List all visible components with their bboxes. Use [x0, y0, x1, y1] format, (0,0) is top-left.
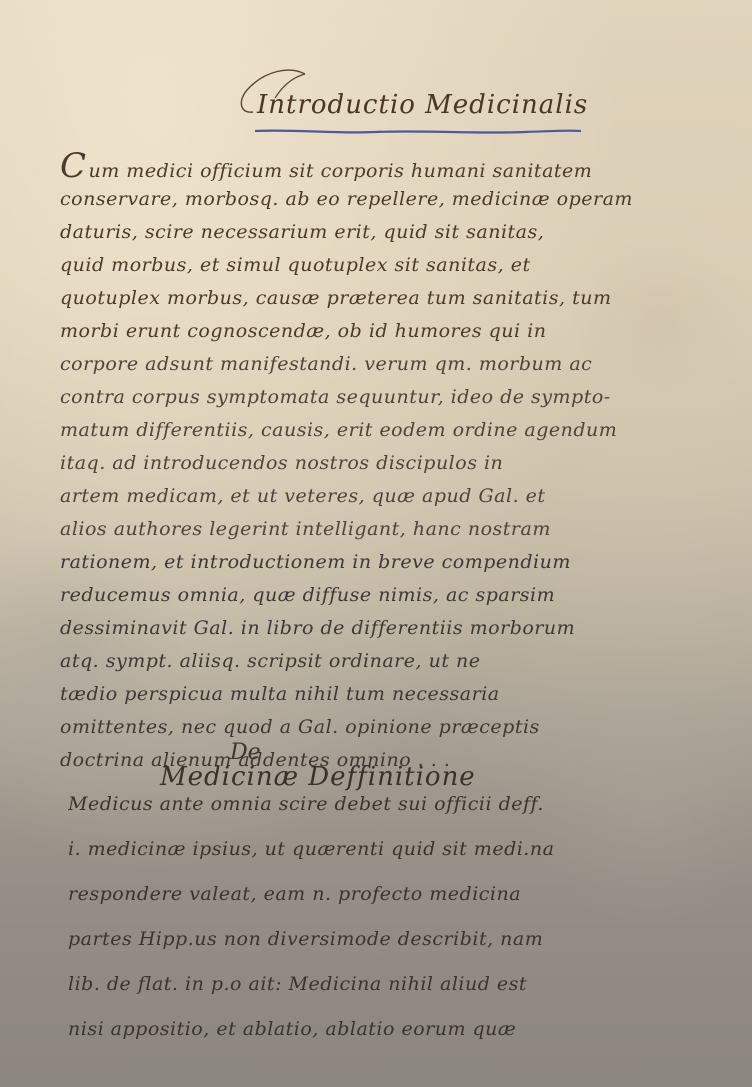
- text-line: alios authores legerint intelligant, han…: [60, 513, 700, 546]
- text-line: atq. sympt. aliisq. scripsit ordinare, u…: [60, 645, 700, 678]
- text-line: nisi appositio, et ablatio, ablatio eoru…: [68, 1007, 708, 1052]
- text-line: reducemus omnia, quæ diffuse nimis, ac s…: [60, 579, 700, 612]
- text-line: lib. de flat. in p.o ait: Medicina nihil…: [68, 962, 708, 1007]
- text-line: corpore adsunt manifestandi. verum qm. m…: [60, 348, 700, 381]
- text-line: matum differentiis, causis, erit eodem o…: [60, 414, 700, 447]
- text-line: Cum medici officium sit corporis humani …: [60, 150, 700, 183]
- drop-initial: C: [60, 150, 87, 183]
- text-line: quid morbus, et simul quotuplex sit sani…: [60, 249, 700, 282]
- text-line: contra corpus symptomata sequuntur, ideo…: [60, 381, 700, 414]
- text-line: partes Hipp.us non diversimode describit…: [68, 917, 708, 962]
- text-line: dessiminavit Gal. in libro de differenti…: [60, 612, 700, 645]
- text-line: itaq. ad introducendos nostros discipulo…: [60, 447, 700, 480]
- paragraph-introduction: Cum medici officium sit corporis humani …: [60, 150, 700, 777]
- text-line: respondere valeat, eam n. profecto medic…: [68, 872, 708, 917]
- page-title: Introductio Medicinalis: [257, 90, 588, 120]
- text-line: quotuplex morbus, causæ præterea tum san…: [60, 282, 700, 315]
- text-line: conservare, morbosq. ab eo repellere, me…: [60, 183, 700, 216]
- text-line: artem medicam, et ut veteres, quæ apud G…: [60, 480, 700, 513]
- text-line: daturis, scire necessarium erit, quid si…: [60, 216, 700, 249]
- title-block: Introductio Medicinalis: [235, 68, 595, 138]
- paragraph-definition: Medicus ante omnia scire debet sui offic…: [68, 782, 708, 1052]
- manuscript-page: Introductio Medicinalis Cum medici offic…: [0, 0, 752, 1087]
- text-line: tædio perspicua multa nihil tum necessar…: [60, 678, 700, 711]
- text-line: Medicus ante omnia scire debet sui offic…: [68, 782, 708, 827]
- title-underline: [255, 128, 581, 136]
- text-line: rationem, et introductionem in breve com…: [60, 546, 700, 579]
- text-line: i. medicinæ ipsius, ut quærenti quid sit…: [68, 827, 708, 872]
- text-line: morbi erunt cognoscendæ, ob id humores q…: [60, 315, 700, 348]
